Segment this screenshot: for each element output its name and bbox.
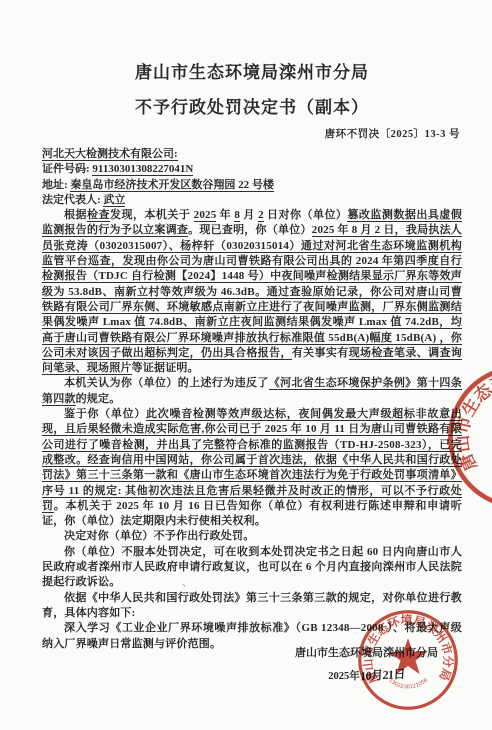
plain-text: 依据《中华人民共和国行政处罚法》第三十三条第三款的规定，对你单位进行教育，具体内… (42, 592, 462, 619)
plain-text: 月 (240, 209, 258, 221)
id-value: 91130301308227041N (92, 163, 193, 176)
stray-pen-mark: 、 (182, 574, 192, 589)
underlined-text: 此次噪音检测等效声级达标，夜间偶发最大声级超标非故意出现，且后果轻微未造成实际危… (42, 408, 462, 513)
underlined-text: 检查 (87, 209, 110, 222)
body-paragraph: 决定对你（单位）不予作出行政处罚。 (42, 529, 462, 544)
body-paragraph: 依据《中华人民共和国行政处罚法》第三十三条第三款的规定，对你单位进行教育，具体内… (42, 591, 462, 622)
plain-text: 。本机关于 2025 年 10 月 16 日已告知你（单位）有权利进行陈述申辩和… (42, 500, 462, 527)
body-paragraph: 你（单位）不服本处罚决定，可在收到本处罚决定书之日起 60 日内向唐山市人民政府… (42, 545, 462, 591)
document-content: 唐山市生态环境局滦州市分局 不予行政处罚决定书（副本） 唐环不罚决〔2025〕1… (42, 58, 462, 652)
recipient-legal-rep-line: 法定代表人: 武立 (42, 193, 462, 208)
plain-text: 你（单位）不服本处罚决定，可在收到本处罚决定书之日起 60 日内向唐山市人民政府… (42, 546, 462, 589)
plain-text: 发现，本机关于 (110, 209, 194, 221)
id-label: 证件号码: (42, 163, 90, 175)
signature-block: 唐山市生态环境局滦州市分局 2025年10月21日 (295, 646, 438, 684)
document-title: 不予行政处罚决定书（副本） (42, 93, 462, 118)
date-printed: 2025年 (328, 671, 360, 682)
legal-rep-label: 法定代表人: (42, 194, 101, 206)
document-body: 根据检查发现，本机关于 2025 年 8 月 2 日对你（单位）篡改监测数据出具… (42, 208, 462, 652)
address-label: 地址: (42, 179, 68, 191)
plain-text: 等证据证明。 (132, 362, 199, 374)
agency-title: 唐山市生态环境局滦州市分局 (42, 58, 462, 83)
plain-text: 的规定。 (76, 393, 121, 405)
recipient-name: 河北天大检测技术有限公司: (42, 148, 178, 161)
document-page: 唐山市生态环境局滦州市分局 不予行政处罚决定书（副本） 唐环不罚决〔2025〕1… (0, 0, 492, 730)
recipient-block: 河北天大检测技术有限公司: 证件号码: 91130301308227041N 地… (42, 147, 462, 208)
body-paragraph: 本机关认为你（单位）的上述行为违反了《河北省生态环境保护条例》第十四条第四款的规… (42, 376, 462, 407)
underlined-text: 2025 (194, 209, 217, 222)
plain-text: 年 (216, 209, 234, 221)
plain-text: 决定对你（单位）不予作出行政处罚。 (64, 530, 254, 542)
document-number: 唐环不罚决〔2025〕13-3 号 (42, 126, 460, 141)
recipient-address-line: 地址: 秦皇岛市经济技术开发区数谷翔园 22 号楼 (42, 178, 462, 193)
plain-text: 日对你（单位） (264, 209, 348, 221)
underlined-text: 2025 年 8 月 2 日，我局执法人员张竞涛（03020315007）、杨梓… (42, 224, 462, 359)
plain-text: 本机关认为你（单位）的上述行为违反了 (64, 377, 269, 389)
plain-text: 。现已查明，你（单位） (188, 224, 312, 236)
recipient-id-line: 证件号码: 91130301308227041N (42, 162, 462, 177)
body-paragraph: 鉴于你（单位）此次噪音检测等效声级达标，夜间偶发最大声级超标非故意出现，且后果轻… (42, 407, 462, 529)
date-handwritten: 10月21日 (359, 667, 405, 684)
body-paragraph: 根据检查发现，本机关于 2025 年 8 月 2 日对你（单位）篡改监测数据出具… (42, 208, 462, 376)
signature-agency: 唐山市生态环境局滦州市分局 (295, 646, 438, 661)
plain-text: 有关事实有 (292, 347, 349, 359)
address-value: 秦皇岛市经济技术开发区数谷翔园 22 号楼 (70, 179, 274, 192)
legal-rep-value: 武立 (103, 194, 125, 207)
recipient-name-line: 河北天大检测技术有限公司: (42, 147, 462, 162)
plain-text: 根据 (64, 209, 87, 221)
signature-date: 2025年10月21日 (295, 668, 438, 684)
plain-text: 鉴于你（单位） (64, 408, 146, 420)
